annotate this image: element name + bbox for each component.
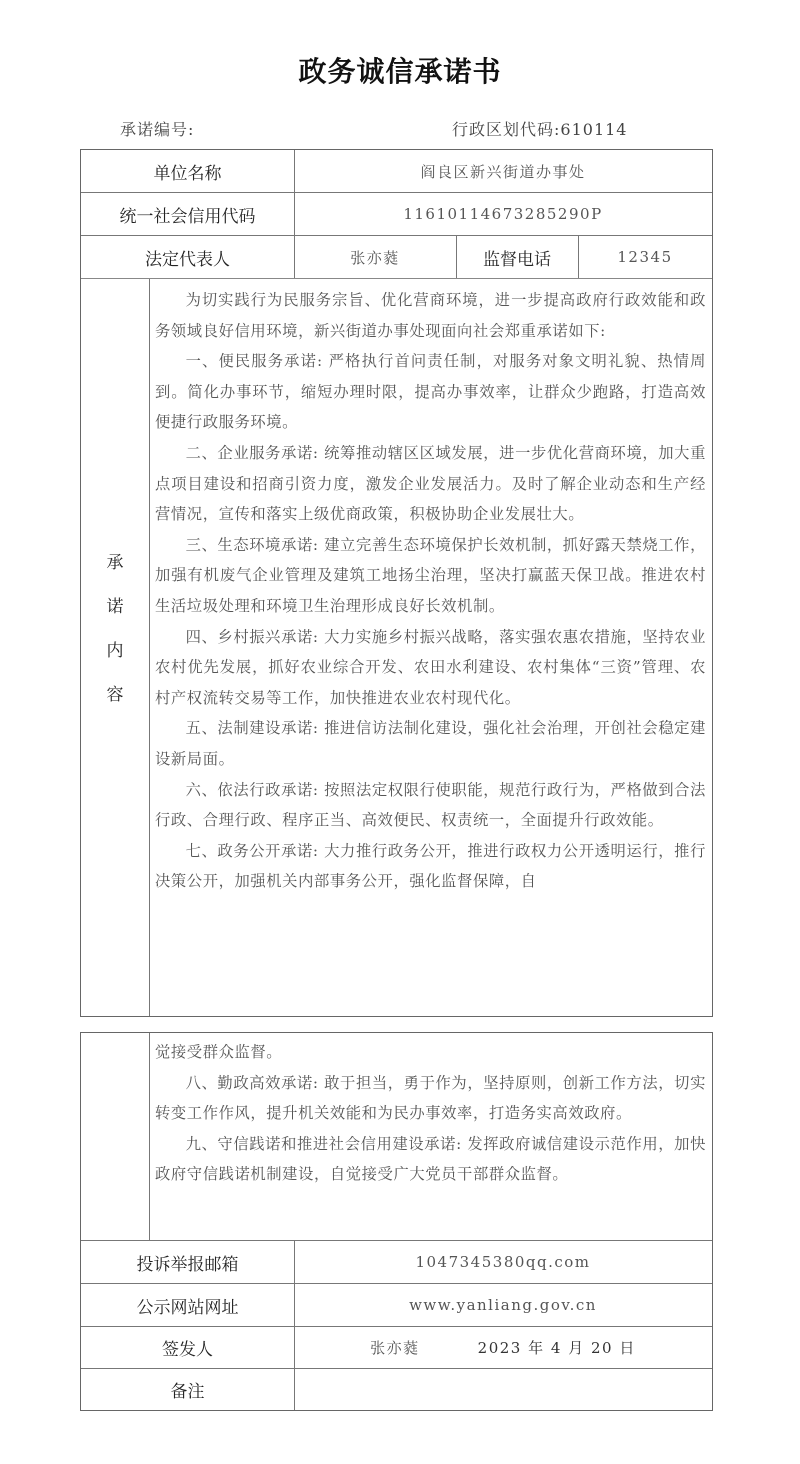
signer-label: 签发人 bbox=[81, 1327, 294, 1368]
unit-name-label: 单位名称 bbox=[81, 150, 294, 192]
credit-code-label: 统一社会信用代码 bbox=[81, 193, 294, 235]
paragraph-4: 四、乡村振兴承诺: 大力实施乡村振兴战略，落实强农惠农措施，坚持农业农村优先发展… bbox=[155, 622, 706, 714]
commitment-content-page1: 为切实践行为民服务宗旨、优化营商环境，进一步提高政府行政效能和政务领域良好信用环… bbox=[155, 285, 706, 897]
row-remarks: 备注 bbox=[81, 1368, 712, 1410]
unit-name-value: 阎良区新兴街道办事处 bbox=[294, 150, 712, 192]
signer-name: 张亦蕤 bbox=[370, 1337, 420, 1358]
side-char: 诺 bbox=[81, 585, 149, 629]
commitment-table-part1: 单位名称 阎良区新兴街道办事处 统一社会信用代码 116101146732852… bbox=[80, 149, 713, 1017]
row-unit-name: 单位名称 阎良区新兴街道办事处 bbox=[81, 150, 712, 192]
credit-code-value: 11610114673285290P bbox=[294, 193, 712, 235]
paragraph-1: 一、便民服务承诺: 严格执行首问责任制，对服务对象文明礼貌、热情周到。简化办事环… bbox=[155, 346, 706, 438]
complaint-email-label: 投诉举报邮箱 bbox=[81, 1241, 294, 1283]
paragraph-7: 七、政务公开承诺: 大力推行政务公开，推进行政权力公开透明运行，推行决策公开，加… bbox=[155, 836, 706, 897]
supervision-phone-label: 监督电话 bbox=[456, 236, 578, 278]
divider bbox=[149, 1033, 150, 1240]
side-char: 承 bbox=[81, 541, 149, 585]
remarks-label: 备注 bbox=[81, 1369, 294, 1410]
content-side-label: 承 诺 内 容 bbox=[81, 541, 149, 717]
paragraph-intro: 为切实践行为民服务宗旨、优化营商环境，进一步提高政府行政效能和政务领域良好信用环… bbox=[155, 285, 706, 346]
row-commitment-content: 承 诺 内 容 为切实践行为民服务宗旨、优化营商环境，进一步提高政府行政效能和政… bbox=[81, 278, 712, 1016]
commitment-number: 承诺编号: bbox=[120, 117, 194, 140]
supervision-phone-value: 12345 bbox=[578, 236, 712, 278]
paragraph-5: 五、法制建设承诺: 推进信访法制化建设，强化社会治理，开创社会稳定建设新局面。 bbox=[155, 713, 706, 774]
region-code: 行政区划代码:610114 bbox=[452, 117, 627, 140]
complaint-email-value: 1047345380qq.com bbox=[294, 1241, 712, 1283]
website-value: www.yanliang.gov.cn bbox=[294, 1284, 712, 1326]
paragraph-6: 六、依法行政承诺: 按照法定权限行使职能，规范行政行为，严格做到合法行政、合理行… bbox=[155, 775, 706, 836]
region-code-value: 610114 bbox=[560, 120, 627, 139]
legal-rep-value: 张亦蕤 bbox=[294, 236, 456, 278]
row-website: 公示网站网址 www.yanliang.gov.cn bbox=[81, 1283, 712, 1326]
sign-date: 2023 年 4 月 20 日 bbox=[478, 1337, 636, 1358]
commitment-table-part2: 觉接受群众监督。 八、勤政高效承诺: 敢于担当，勇于作为，坚持原则，创新工作方法… bbox=[80, 1032, 713, 1411]
region-code-label: 行政区划代码: bbox=[452, 120, 560, 139]
commitment-number-label: 承诺编号: bbox=[120, 120, 194, 139]
row-credit-code: 统一社会信用代码 11610114673285290P bbox=[81, 192, 712, 235]
row-complaint-email: 投诉举报邮箱 1047345380qq.com bbox=[81, 1240, 712, 1283]
divider bbox=[149, 279, 150, 1016]
row-commitment-content-cont: 觉接受群众监督。 八、勤政高效承诺: 敢于担当，勇于作为，坚持原则，创新工作方法… bbox=[81, 1033, 712, 1240]
paragraph-3: 三、生态环境承诺: 建立完善生态环境保护长效机制，抓好露天禁烧工作，加强有机废气… bbox=[155, 530, 706, 622]
row-legal-rep: 法定代表人 张亦蕤 监督电话 12345 bbox=[81, 235, 712, 278]
signer-value: 张亦蕤 2023 年 4 月 20 日 bbox=[294, 1327, 712, 1368]
paragraph-7-continued: 觉接受群众监督。 bbox=[155, 1037, 706, 1068]
website-label: 公示网站网址 bbox=[81, 1284, 294, 1326]
paragraph-9: 九、守信践诺和推进社会信用建设承诺: 发挥政府诚信建设示范作用，加快政府守信践诺… bbox=[155, 1129, 706, 1190]
side-char: 内 bbox=[81, 629, 149, 673]
paragraph-2: 二、企业服务承诺: 统筹推动辖区区域发展，进一步优化营商环境，加大重点项目建设和… bbox=[155, 438, 706, 530]
row-signer: 签发人 张亦蕤 2023 年 4 月 20 日 bbox=[81, 1326, 712, 1368]
commitment-content-page2: 觉接受群众监督。 八、勤政高效承诺: 敢于担当，勇于作为，坚持原则，创新工作方法… bbox=[155, 1037, 706, 1190]
document-title: 政务诚信承诺书 bbox=[0, 50, 800, 90]
side-char: 容 bbox=[81, 673, 149, 717]
remarks-value bbox=[294, 1369, 712, 1410]
legal-rep-label: 法定代表人 bbox=[81, 236, 294, 278]
paragraph-8: 八、勤政高效承诺: 敢于担当，勇于作为，坚持原则，创新工作方法，切实转变工作作风… bbox=[155, 1068, 706, 1129]
